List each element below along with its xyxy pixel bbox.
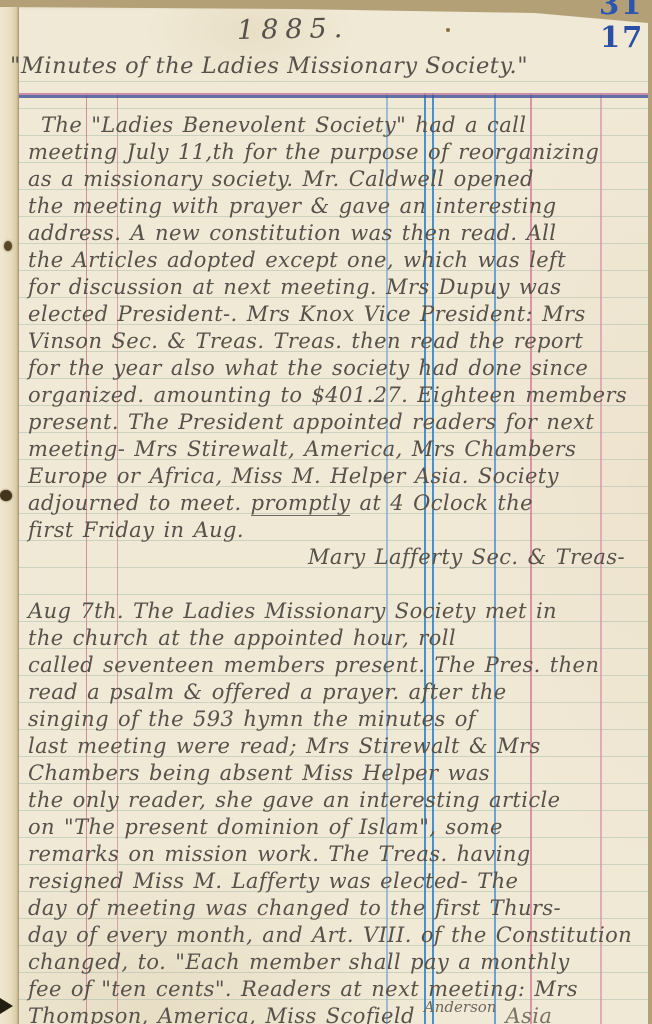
manuscript-line: day of every month, and Art. VIII. of th… (28, 922, 652, 949)
paper-fleck (446, 28, 450, 32)
line-text: at 4 Oclock the (350, 491, 533, 515)
year-heading: 1885. (237, 13, 350, 46)
manuscript-line: meeting- Mrs Stirewalt, America, Mrs Cha… (28, 436, 652, 463)
manuscript-line: present. The President appointed readers… (28, 409, 652, 436)
manuscript-line: elected President-. Mrs Knox Vice Presid… (28, 301, 652, 328)
manuscript-line: fee of "ten cents". Readers at next meet… (28, 976, 652, 1003)
binding-gutter-edge (0, 6, 19, 1024)
manuscript-line: on "The present dominion of Islam", some (28, 814, 652, 841)
manuscript-line: Chambers being absent Miss Helper was (28, 760, 652, 787)
underlined-word: promptly (251, 491, 351, 516)
header-rule-blue (0, 95, 652, 98)
manuscript-line: the Articles adopted except one, which w… (28, 247, 652, 274)
manuscript-line: for discussion at next meeting. Mrs Dupu… (28, 274, 652, 301)
manuscript-page: 1885. "Minutes of the Ladies Missionary … (0, 0, 652, 1024)
manuscript-line: as a missionary society. Mr. Caldwell op… (28, 166, 652, 193)
manuscript-line: address. A new constitution was then rea… (28, 220, 652, 247)
manuscript-line: The "Ladies Benevolent Society" had a ca… (28, 112, 652, 139)
manuscript-line: changed, to. "Each member shall pay a mo… (28, 949, 652, 976)
binding-spot (4, 241, 12, 251)
manuscript-line: the only reader, she gave an interesting… (28, 787, 652, 814)
manuscript-line: remarks on mission work. The Treas. havi… (28, 841, 652, 868)
page-title: "Minutes of the Ladies Missionary Societ… (10, 53, 528, 79)
manuscript-line: the meeting with prayer & gave an intere… (28, 193, 652, 220)
scanned-minutes-page: 31 1885. "Minutes of the Ladies Missiona… (0, 0, 652, 1024)
manuscript-line: organized. amounting to $401.27. Eightee… (28, 382, 652, 409)
manuscript-line: resigned Miss M. Lafferty was elected- T… (28, 868, 652, 895)
manuscript-line: Vinson Sec. & Treas. Treas. then read th… (28, 328, 652, 355)
backdrop-page-number: 31 (599, 0, 643, 21)
minutes-entry-august: Aug 7th. The Ladies Missionary Society m… (28, 598, 652, 1024)
page-number: 17 (600, 20, 644, 54)
signature-line: Mary Lafferty Sec. & Treas- (28, 544, 652, 571)
line-text: Thompson, America, Miss Scofield (28, 1004, 424, 1024)
manuscript-line: Aug 7th. The Ladies Missionary Society m… (28, 598, 652, 625)
manuscript-line: called seventeen members present. The Pr… (28, 652, 652, 679)
manuscript-line: the church at the appointed hour, roll (28, 625, 652, 652)
manuscript-line: Europe or Africa, Miss M. Helper Asia. S… (28, 463, 652, 490)
manuscript-line: for the year also what the society had d… (28, 355, 652, 382)
manuscript-line: read a psalm & offered a prayer. after t… (28, 679, 652, 706)
manuscript-line: Thompson, America, Miss Scofield Anderso… (28, 1003, 652, 1024)
interlinear-insertion: Anderson (424, 998, 497, 1016)
manuscript-line: last meeting were read; Mrs Stirewalt & … (28, 733, 652, 760)
manuscript-line: singing of the 593 hymn the minutes of (28, 706, 652, 733)
manuscript-line: day of meeting was changed to the first … (28, 895, 652, 922)
manuscript-line: adjourned to meet. promptly at 4 Oclock … (28, 490, 652, 517)
minutes-entry-july: The "Ladies Benevolent Society" had a ca… (28, 112, 652, 571)
manuscript-line: meeting July 11,th for the purpose of re… (28, 139, 652, 166)
line-text: Asia (496, 1004, 552, 1024)
line-text: adjourned to meet. (28, 491, 251, 515)
manuscript-line: first Friday in Aug. (28, 517, 652, 544)
